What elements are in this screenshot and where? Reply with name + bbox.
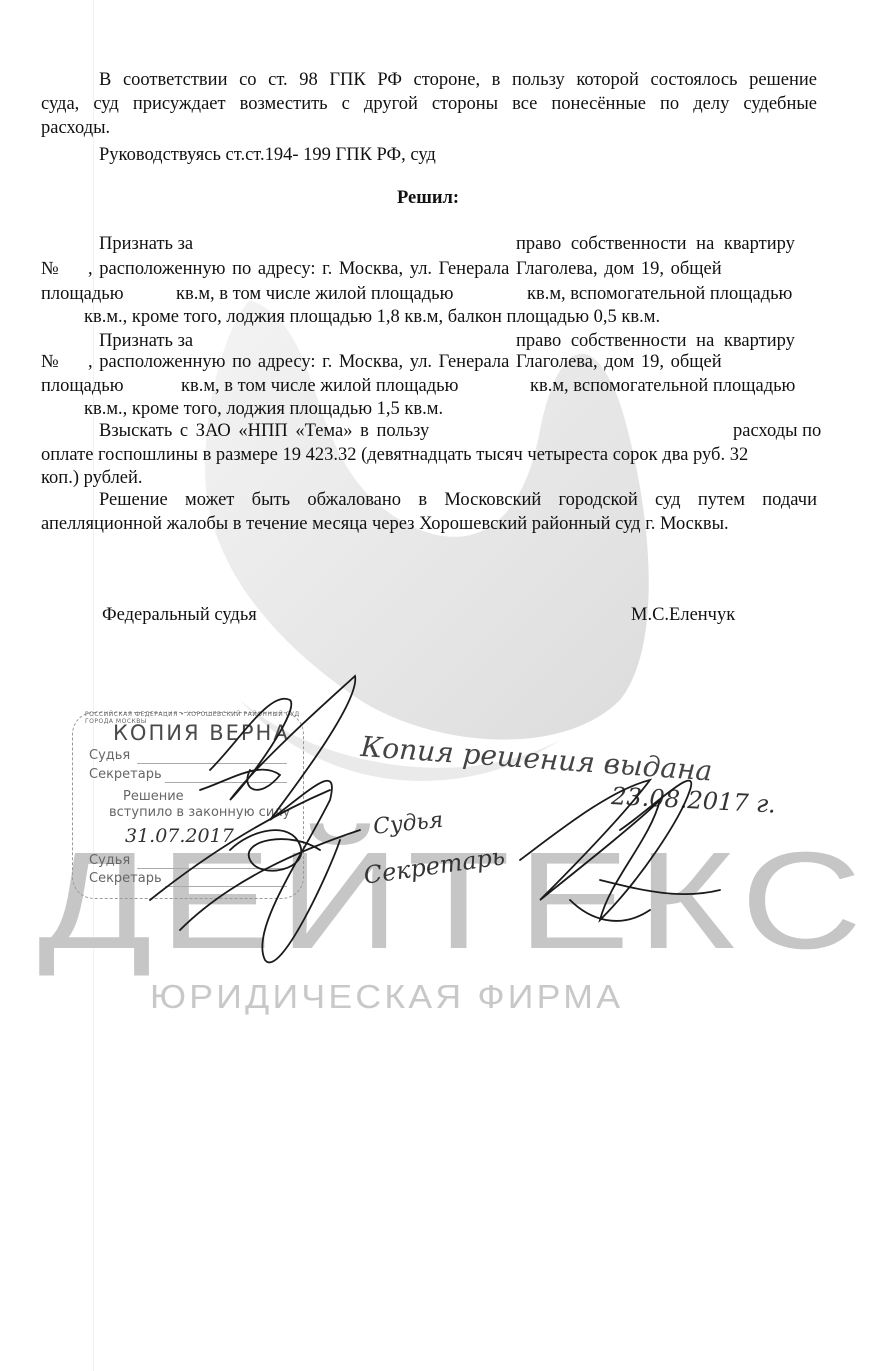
stamp-effective-label: вступило в законную силу (109, 805, 290, 820)
intro-line: В соответствии со ст. 98 ГПК РФ стороне,… (41, 68, 817, 92)
ruling-text: апелляционной жалобы в течение месяца че… (41, 512, 817, 536)
signature-role: Федеральный судья (102, 603, 257, 627)
ruling-text: кв.м, в том числе жилой площадью (181, 374, 458, 398)
ruling-text: Взыскать с ЗАО «НПП «Тема» в пользу (99, 419, 429, 443)
handwritten-copy-note: Копия решения выдана (360, 730, 714, 787)
document-page: ДЕЙТЕКС ЮРИДИЧЕСКАЯ ФИРМА В соответствии… (0, 0, 870, 1371)
ruling-item-4: Решение может быть обжаловано в Московск… (41, 488, 817, 536)
stamp-line (165, 886, 287, 887)
stamp-decision-label: Решение (123, 789, 184, 804)
ruling-text: площадью (41, 282, 124, 306)
ruling-text: № (41, 257, 59, 281)
stamp-title: КОПИЯ ВЕРНА (113, 721, 290, 745)
ruling-text: № (41, 350, 59, 374)
stamp-date: 31.07.2017 (125, 825, 234, 847)
intro-paragraph: В соответствии со ст. 98 ГПК РФ стороне,… (41, 68, 817, 140)
stamp-line (137, 763, 287, 764)
ruling-text: кв.м, в том числе жилой площадью (176, 282, 453, 306)
stamp-line (137, 868, 287, 869)
ruling-text: оплате госпошлины в размере 19 423.32 (д… (41, 443, 748, 467)
stamp-secretary-label: Секретарь (89, 767, 162, 782)
ruling-text: площадью (41, 374, 124, 398)
court-copy-stamp: РОССИЙСКАЯ ФЕДЕРАЦИЯ • ХОРОШЕВСКИЙ РАЙОН… (72, 712, 304, 899)
ruling-text: Признать за (99, 232, 193, 256)
ruling-text: расходы по (733, 419, 821, 443)
ruling-text: , расположенную по адресу: г. Москва, ул… (88, 350, 722, 374)
ruling-text: кв.м, вспомогательной площадью (530, 374, 795, 398)
stamp-judge-label: Судья (89, 748, 130, 763)
handwritten-date: 23.08.2017 г. (611, 782, 777, 819)
ruling-text: право собственности на квартиру (516, 232, 795, 256)
ruling-text: Решение может быть обжаловано в Московск… (41, 488, 817, 512)
ruling-text: кв.м, вспомогательной площадью (527, 282, 792, 306)
ruling-text: кв.м., кроме того, лоджия площадью 1,8 к… (84, 305, 660, 329)
watermark-subtitle: ЮРИДИЧЕСКАЯ ФИРМА (150, 978, 623, 1016)
stamp-line (165, 782, 287, 783)
guided-by-text: Руководствуясь ст.ст.194- 199 ГПК РФ, су… (99, 143, 436, 167)
signature-name: М.С.Еленчук (631, 603, 735, 627)
stamp-judge-label-2: Судья (89, 853, 130, 868)
ruling-heading: Решил: (0, 188, 856, 209)
ruling-text: кв.м., кроме того, лоджия площадью 1,5 к… (84, 397, 443, 421)
intro-line: расходы. (41, 116, 817, 140)
stamp-secretary-label-2: Секретарь (89, 871, 162, 886)
intro-line: суда, суд присуждает возместить с другой… (41, 92, 817, 116)
ruling-text: коп.) рублей. (41, 466, 143, 490)
ruling-text: , расположенную по адресу: г. Москва, ул… (88, 257, 722, 281)
